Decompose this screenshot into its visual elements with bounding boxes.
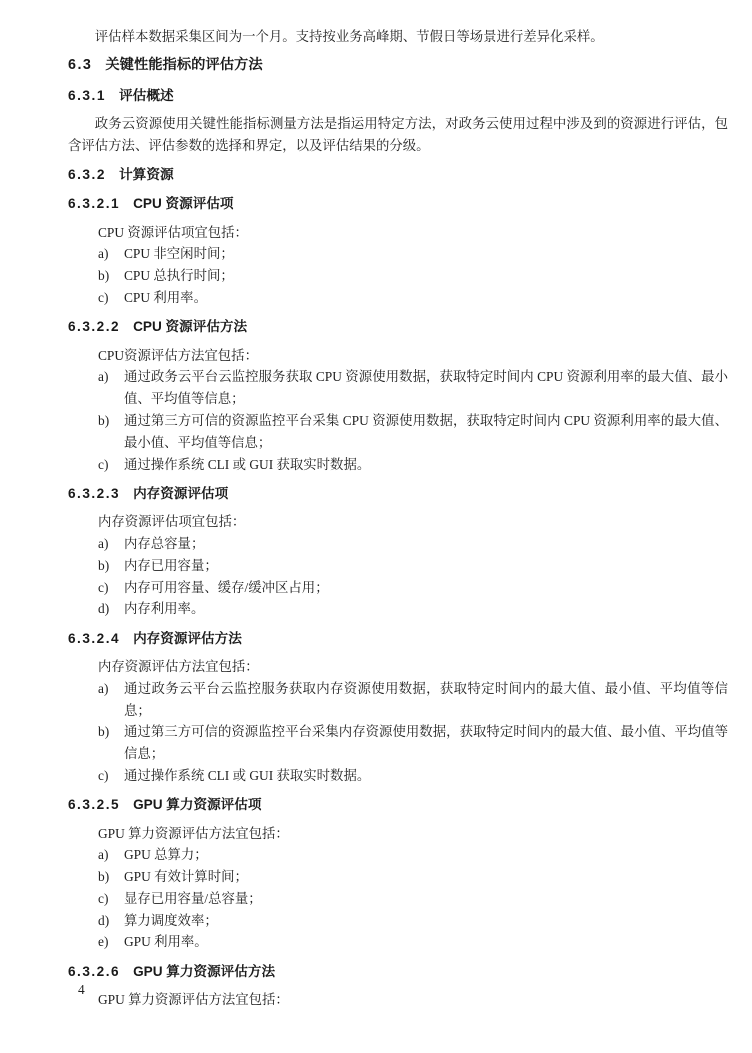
list-item-text: 通过操作系统 CLI 或 GUI 获取实时数据。 [124,454,728,476]
list-item-d: d) 算力调度效率； [68,910,728,932]
list-intro-memory-methods: 内存资源评估方法宜包括： [68,656,728,678]
document-page: 评估样本数据采集区间为一个月。支持按业务高峰期、节假日等场景进行差异化采样。 6… [0,0,752,1053]
heading-6-3-2-5-title: GPU 算力资源评估项 [133,797,261,812]
list-item-text: 通过第三方可信的资源监控平台采集内存资源使用数据，获取特定时间内的最大值、最小值… [124,721,728,765]
heading-6-3-2-number: 6.3.2 [68,164,106,186]
list-item-label: c) [98,577,124,599]
page-number: 4 [78,979,85,1001]
heading-6-3-2-2: 6.3.2.2CPU 资源评估方法 [68,316,728,338]
list-item-text: 通过第三方可信的资源监控平台采集 CPU 资源使用数据，获取特定时间内 CPU … [124,410,728,454]
list-item-label: a) [98,844,124,866]
heading-6-3-2-3: 6.3.2.3内存资源评估项 [68,483,728,505]
paragraph-evaluation-overview: 政务云资源使用关键性能指标测量方法是指运用特定方法，对政务云使用过程中涉及到的资… [68,113,728,157]
heading-6-3-2-5-number: 6.3.2.5 [68,794,120,816]
list-item-b: b) 内存已用容量； [68,555,728,577]
list-item-label: c) [98,287,124,309]
heading-6-3-2-5: 6.3.2.5GPU 算力资源评估项 [68,794,728,816]
list-item-label: b) [98,265,124,287]
list-item-label: c) [98,454,124,476]
list-item-text: 通过操作系统 CLI 或 GUI 获取实时数据。 [124,765,728,787]
list-intro-gpu-methods: GPU 算力资源评估方法宜包括： [68,989,728,1011]
list-memory-items: a) 内存总容量； b) 内存已用容量； c) 内存可用容量、缓存/缓冲区占用；… [68,533,728,620]
list-item-c: c) 显存已用容量/总容量； [68,888,728,910]
list-item-label: d) [98,598,124,620]
list-item-b: b) 通过第三方可信的资源监控平台采集 CPU 资源使用数据，获取特定时间内 C… [68,410,728,454]
heading-6-3-2-6-title: GPU 算力资源评估方法 [133,964,275,979]
list-item-text: 算力调度效率； [124,910,728,932]
list-cpu-methods: a) 通过政务云平台云监控服务获取 CPU 资源使用数据，获取特定时间内 CPU… [68,366,728,475]
list-intro-gpu-items: GPU 算力资源评估方法宜包括： [68,823,728,845]
list-item-label: a) [98,366,124,410]
list-intro-memory-items: 内存资源评估项宜包括： [68,511,728,533]
list-item-text: 内存总容量； [124,533,728,555]
list-item-label: e) [98,931,124,953]
heading-6-3-2-2-number: 6.3.2.2 [68,316,120,338]
heading-6-3-number: 6.3 [68,55,92,77]
heading-6-3-2-4-number: 6.3.2.4 [68,628,120,650]
list-item-c: c) CPU 利用率。 [68,287,728,309]
heading-6-3-title: 关键性能指标的评估方法 [105,57,262,73]
list-item-a: a) 通过政务云平台云监控服务获取 CPU 资源使用数据，获取特定时间内 CPU… [68,366,728,410]
list-item-text: CPU 利用率。 [124,287,728,309]
heading-6-3-2-3-number: 6.3.2.3 [68,483,120,505]
list-item-label: b) [98,721,124,765]
list-item-text: CPU 非空闲时间； [124,243,728,265]
heading-6-3-2-4: 6.3.2.4内存资源评估方法 [68,628,728,650]
heading-6-3-2-2-title: CPU 资源评估方法 [133,319,247,334]
heading-6-3-2: 6.3.2计算资源 [68,164,728,186]
heading-6-3: 6.3关键性能指标的评估方法 [68,55,728,77]
list-item-e: e) GPU 利用率。 [68,931,728,953]
list-item-label: b) [98,410,124,454]
list-item-label: b) [98,866,124,888]
list-memory-methods: a) 通过政务云平台云监控服务获取内存资源使用数据，获取特定时间内的最大值、最小… [68,678,728,787]
list-item-text: 通过政务云平台云监控服务获取 CPU 资源使用数据，获取特定时间内 CPU 资源… [124,366,728,410]
list-item-text: CPU 总执行时间； [124,265,728,287]
list-item-b: b) CPU 总执行时间； [68,265,728,287]
list-item-label: a) [98,678,124,722]
heading-6-3-2-1-number: 6.3.2.1 [68,193,120,215]
list-item-text: 内存可用容量、缓存/缓冲区占用； [124,577,728,599]
list-item-text: GPU 总算力； [124,844,728,866]
heading-6-3-1-title: 评估概述 [119,88,174,103]
list-item-label: d) [98,910,124,932]
list-item-label: a) [98,533,124,555]
list-item-label: c) [98,888,124,910]
heading-6-3-2-3-title: 内存资源评估项 [133,486,228,501]
list-item-text: GPU 利用率。 [124,931,728,953]
paragraph-sampling-interval: 评估样本数据采集区间为一个月。支持按业务高峰期、节假日等场景进行差异化采样。 [68,26,728,48]
heading-6-3-1: 6.3.1评估概述 [68,85,728,107]
list-item-text: 内存利用率。 [124,598,728,620]
heading-6-3-2-6-number: 6.3.2.6 [68,961,120,983]
heading-6-3-2-1: 6.3.2.1CPU 资源评估项 [68,193,728,215]
list-intro-cpu-methods: CPU资源评估方法宜包括： [68,345,728,367]
list-item-label: c) [98,765,124,787]
list-item-a: a) GPU 总算力； [68,844,728,866]
list-gpu-items: a) GPU 总算力； b) GPU 有效计算时间； c) 显存已用容量/总容量… [68,844,728,953]
heading-6-3-2-6: 6.3.2.6GPU 算力资源评估方法 [68,961,728,983]
list-item-b: b) GPU 有效计算时间； [68,866,728,888]
list-item-c: c) 通过操作系统 CLI 或 GUI 获取实时数据。 [68,454,728,476]
list-item-text: 内存已用容量； [124,555,728,577]
list-item-text: 通过政务云平台云监控服务获取内存资源使用数据，获取特定时间内的最大值、最小值、平… [124,678,728,722]
list-item-a: a) 通过政务云平台云监控服务获取内存资源使用数据，获取特定时间内的最大值、最小… [68,678,728,722]
heading-6-3-1-number: 6.3.1 [68,85,106,107]
list-cpu-items: a) CPU 非空闲时间； b) CPU 总执行时间； c) CPU 利用率。 [68,243,728,308]
heading-6-3-2-title: 计算资源 [119,167,174,182]
list-item-text: GPU 有效计算时间； [124,866,728,888]
list-item-label: b) [98,555,124,577]
heading-6-3-2-4-title: 内存资源评估方法 [133,631,242,646]
list-item-text: 显存已用容量/总容量； [124,888,728,910]
list-item-a: a) CPU 非空闲时间； [68,243,728,265]
list-intro-cpu-items: CPU 资源评估项宜包括： [68,222,728,244]
list-item-a: a) 内存总容量； [68,533,728,555]
list-item-label: a) [98,243,124,265]
list-item-b: b) 通过第三方可信的资源监控平台采集内存资源使用数据，获取特定时间内的最大值、… [68,721,728,765]
list-item-c: c) 通过操作系统 CLI 或 GUI 获取实时数据。 [68,765,728,787]
list-item-d: d) 内存利用率。 [68,598,728,620]
heading-6-3-2-1-title: CPU 资源评估项 [133,196,233,211]
page-content: 评估样本数据采集区间为一个月。支持按业务高峰期、节假日等场景进行差异化采样。 6… [68,26,728,1011]
list-item-c: c) 内存可用容量、缓存/缓冲区占用； [68,577,728,599]
